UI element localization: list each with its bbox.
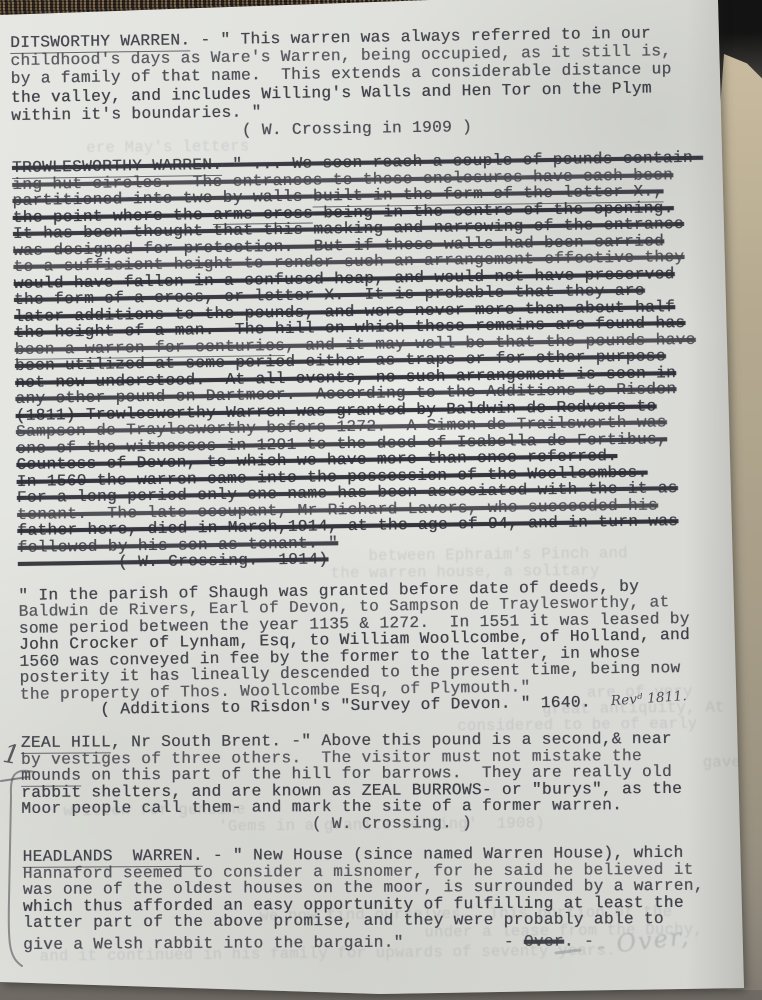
section-ditsworthy-warren: DITSWORTHY WARREN. - " This warren was a… — [10, 23, 732, 143]
typed-text-segment: on this part of the hill for barrows. Th… — [81, 763, 672, 785]
section-shaugh-quote: " In the parish of Shaugh was granted be… — [18, 577, 740, 720]
section-trowlesworthy-warren: TROWLESWORTHY WARREN. " ... We soon reac… — [12, 150, 738, 573]
section-headlands-warren: HEADLANDS WARREN. - " New House (since n… — [23, 844, 744, 952]
text-line: ( W. Crossing. ) — [21, 813, 741, 834]
text-line: was one of the oldest houses on the moor… — [23, 877, 743, 898]
text-line: mounds on this part of the hill for barr… — [21, 763, 741, 784]
struck-out-text: Over — [524, 932, 564, 950]
typed-text-segment: ( W. Crossing. ) — [21, 813, 472, 834]
text-line: latter part of the above promise, and th… — [23, 910, 743, 931]
typed-text-segment — [591, 693, 611, 711]
text-line: give a Welsh rabbit into the bargain." -… — [23, 932, 743, 953]
paper-sheet: ere May's lettersbetween Ephraim's Pinch… — [0, 0, 762, 1000]
section-zeal-hill: ZEAL HILL, Nr South Brent. -" Above this… — [21, 730, 742, 833]
typed-text: DITSWORTHY WARREN. - " This warren was a… — [10, 23, 744, 967]
paper-sheet-wrap: ere May's lettersbetween Ephraim's Pinch… — [0, 0, 762, 1000]
typed-text-segment: give a Welsh rabbit into the bargain." — [23, 933, 404, 953]
typed-text-segment: latter part of the above promise, and th… — [23, 910, 664, 932]
typed-text-segment: ( W. Crossing. 1914) — [18, 551, 329, 574]
underlined-text: mounds — [21, 766, 81, 786]
typed-text-segment: - — [404, 932, 524, 951]
typed-text-segment: . - — [564, 932, 594, 950]
typed-text-segment: was one of the oldest houses on the moor… — [23, 876, 704, 898]
handwritten-revision-note: Revᵈ 1811. — [610, 688, 687, 710]
photo-of-typed-page: ere May's lettersbetween Ephraim's Pinch… — [0, 0, 762, 1000]
